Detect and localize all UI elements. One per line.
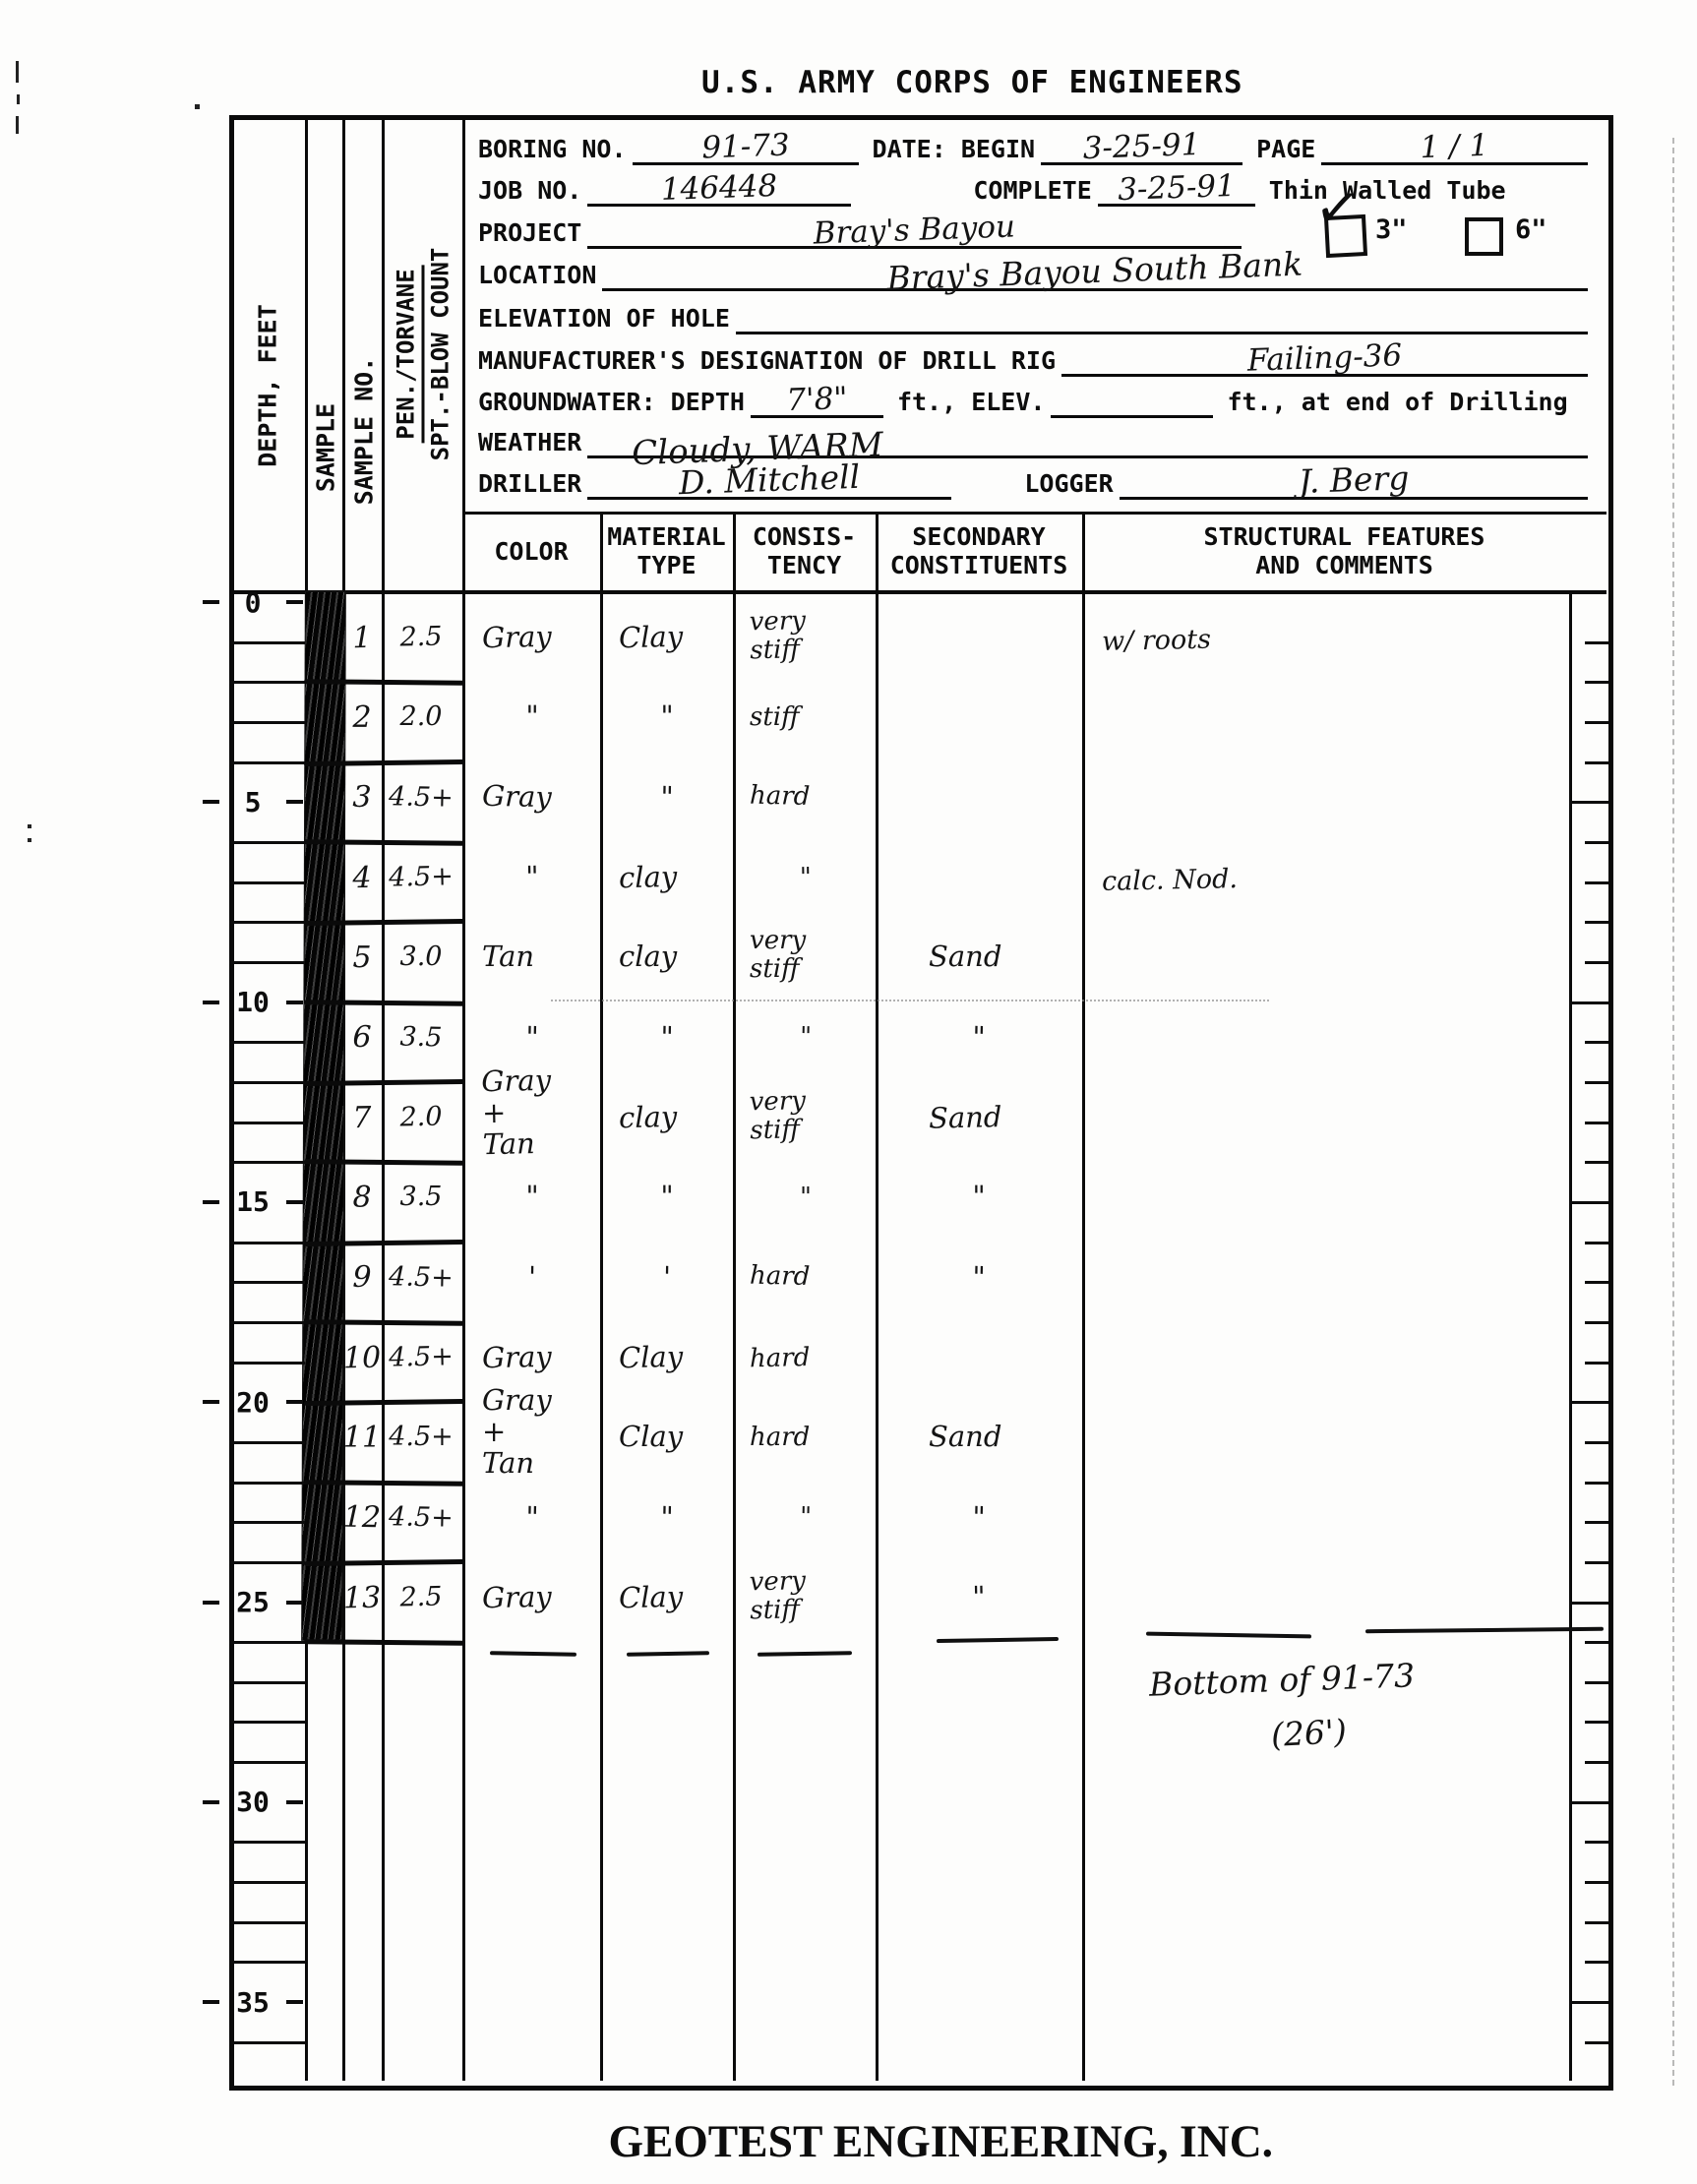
right-foot-tick [1585, 1281, 1608, 1284]
right-scale-line [1569, 1001, 1608, 1004]
sample-separator [304, 1480, 464, 1486]
log-cell-line: " [738, 1502, 875, 1533]
log-cell-line: " [738, 1183, 874, 1212]
project-label: PROJECT [478, 218, 587, 249]
right-foot-tick [1585, 1041, 1608, 1044]
depth-foot-line [229, 1321, 305, 1324]
log-cell-line: very [749, 605, 885, 636]
depth-foot-line [229, 2041, 305, 2044]
log-cell-line: + [482, 1417, 614, 1448]
log-cell-line: very [749, 1085, 885, 1116]
log-cell-color: " [466, 1500, 599, 1535]
log-cell-color: Gray [466, 780, 615, 815]
right-scale-line [1569, 1801, 1608, 1804]
log-cell-no: 4 [342, 861, 383, 894]
depth-tick-dash [203, 2000, 219, 2004]
log-cell-line: 3 [342, 781, 383, 815]
boring-no-row: BORING NO. 91-73 DATE: BEGIN 3-25-91 PAG… [478, 124, 1602, 165]
weather-row: WEATHER Cloudy, WARM [478, 417, 1602, 458]
log-cell-line: " [603, 780, 732, 815]
log-cell-line: 8 [342, 1182, 382, 1214]
log-cell-line: Gray [482, 1385, 614, 1417]
right-foot-tick [1585, 1561, 1608, 1564]
log-cell-line: 1 [342, 621, 383, 654]
log-cell-line: stiff [750, 1114, 886, 1144]
ft-elev-label: ft., ELEV. [897, 388, 1052, 418]
right-foot-tick [1585, 2041, 1608, 2044]
right-foot-tick [1585, 1122, 1608, 1124]
pen-torvane-label: PEN./TORVANE [393, 265, 425, 443]
right-scale-line [1569, 1401, 1608, 1404]
depth-foot-line [229, 841, 305, 844]
depth-foot-line [229, 1761, 305, 1764]
bottom-note-line2: (26') [1270, 1712, 1348, 1754]
depth-foot-line [229, 1561, 305, 1564]
log-cell-line: 4.5+ [380, 1502, 463, 1533]
log-cell-material: " [603, 1500, 732, 1535]
thin-walled-tube-label: Thin Walled Tube [1269, 176, 1512, 207]
job-no-label: JOB NO. [478, 176, 587, 207]
depth-tick-dash [286, 1200, 303, 1204]
log-cell-consistency: verystiff [738, 927, 885, 983]
log-cell-color: Gray+Tan [465, 1064, 615, 1162]
log-cell-line: Tan [482, 941, 614, 973]
right-foot-tick [1585, 1161, 1608, 1164]
log-cell-line: 4.5+ [380, 782, 463, 813]
log-cell-line: 7 [342, 1101, 383, 1134]
log-cell-consistency: " [738, 1502, 875, 1533]
log-cell-line: 9 [342, 1261, 383, 1295]
log-cell-consistency: hard [738, 1424, 885, 1452]
log-cell-consistency: " [738, 1022, 875, 1053]
page-label: PAGE [1256, 135, 1321, 165]
log-cell-line: 13 [342, 1581, 383, 1614]
depth-foot-line [229, 921, 305, 924]
grid-line [1082, 512, 1085, 2081]
grid-line [1569, 590, 1572, 2081]
column-header-color: COLOR [462, 514, 600, 588]
log-cell-pen: 3.0 [380, 942, 462, 972]
grid-line [382, 115, 385, 2081]
log-cell-no: 9 [342, 1261, 383, 1295]
log-cell-line: " [878, 1020, 1081, 1056]
log-cell-color: Gray+Tan [466, 1385, 614, 1480]
log-cell-color: " [466, 1182, 598, 1213]
job-no-row: JOB NO. 146448 COMPLETE 3-25-91 Thin Wal… [478, 165, 1602, 207]
log-cell-secondary: " [878, 1260, 1081, 1296]
depth-tick-number: 0 [245, 586, 262, 619]
scan-artifact [16, 61, 19, 83]
depth-tick-label: 5 [203, 783, 303, 820]
company-name: GEOTEST ENGINEERING, INC. [608, 2115, 1273, 2168]
scan-artifact [195, 104, 200, 109]
groundwater-depth-value: 7'8" [750, 380, 883, 420]
scan-artifact [16, 116, 19, 134]
depth-foot-line [229, 881, 305, 884]
log-cell-material: " [603, 701, 731, 733]
log-cell-line: 2 [342, 701, 382, 734]
log-cell-secondary: Sand [878, 1099, 1132, 1135]
depth-foot-line [229, 1242, 305, 1244]
pen-torvane-spt-label: PEN./TORVANE SPT.-BLOW COUNT [393, 248, 455, 461]
right-scale-line [1569, 1602, 1608, 1605]
log-cell-color: Gray [466, 621, 615, 655]
date-complete-field: 3-25-91 [1098, 164, 1255, 207]
log-cell-line: 2.5 [380, 622, 463, 652]
log-cell-line: Gray [482, 781, 615, 816]
scan-artifact [17, 94, 20, 104]
log-cell-line: 5 [342, 941, 382, 974]
log-cell-no: 11 [342, 1422, 382, 1454]
depth-foot-line [229, 681, 305, 684]
depth-tick-dash [203, 1200, 219, 1204]
depth-tick-label: 35 [203, 1983, 303, 2021]
log-cell-line: hard [750, 1342, 886, 1372]
depth-foot-line [229, 1681, 305, 1684]
depth-tick-dash [203, 1800, 219, 1804]
log-cell-line: very [749, 1565, 885, 1596]
right-foot-tick [1585, 761, 1608, 764]
depth-tick-dash [286, 1001, 303, 1004]
depth-tick-dash [203, 1601, 219, 1605]
log-cell-color: Tan [466, 941, 614, 973]
depth-foot-line [229, 721, 305, 724]
log-cell-line: stiff [750, 1594, 886, 1624]
log-cell-pen: 2.0 [380, 702, 462, 732]
log-cell-pen: 2.5 [380, 1582, 463, 1612]
depth-foot-line [229, 641, 305, 644]
project-field: Bray's Bayou [587, 207, 1242, 249]
grid-line [600, 512, 603, 2081]
depth-tick-dash [203, 800, 219, 804]
depth-foot-line [229, 1281, 305, 1284]
log-cell-line: " [738, 862, 875, 892]
log-cell-line: 12 [342, 1501, 383, 1535]
log-cell-material: " [603, 1182, 731, 1213]
depth-foot-line [229, 1362, 305, 1365]
right-foot-tick [1585, 881, 1608, 884]
log-cell-pen: 4.5+ [380, 862, 463, 892]
log-cell-line: 6 [342, 1021, 383, 1055]
log-cell-line: Sand [929, 941, 1131, 973]
page-value: 1 / 1 [1321, 124, 1589, 168]
right-foot-tick [1585, 841, 1608, 844]
project-row: PROJECT Bray's Bayou [478, 208, 1255, 249]
drill-rig-field: Failing-36 [1061, 334, 1588, 377]
boring-no-value: 91-73 [632, 125, 859, 168]
page-title: U.S. ARMY CORPS OF ENGINEERS [701, 65, 1243, 100]
depth-tick-label: 30 [203, 1784, 303, 1821]
log-cell-line: " [466, 861, 599, 895]
log-cell-line: Sand [929, 1099, 1132, 1134]
log-cell-material: clay [603, 941, 747, 973]
log-cell-color: " [466, 701, 598, 733]
scan-artifact [28, 838, 31, 842]
log-cell-material: clay [603, 1101, 748, 1135]
log-cell-material: " [603, 1020, 732, 1055]
log-cell-no: 1 [342, 621, 383, 654]
log-cell-pen: 4.5+ [380, 1342, 463, 1372]
log-cell-line: " [603, 701, 731, 733]
right-scale-line [1569, 1201, 1608, 1204]
depth-tick-dash [203, 1400, 219, 1404]
log-cell-consistency: hard [738, 1262, 886, 1294]
right-foot-tick [1585, 1841, 1608, 1844]
groundwater-label: GROUNDWATER: DEPTH [478, 388, 751, 418]
complete-label: COMPLETE [973, 176, 1097, 207]
log-cell-line: 4 [342, 861, 383, 894]
log-cell-line: Gray [482, 1340, 615, 1374]
log-cell-consistency: verystiff [737, 605, 885, 664]
log-cell-secondary: Sand [878, 1422, 1131, 1453]
depth-tick-label: 15 [203, 1183, 303, 1221]
log-cell-line: 4.5+ [380, 1423, 462, 1452]
drill-rig-label: MANUFACTURER'S DESIGNATION OF DRILL RIG [478, 346, 1061, 377]
log-cell-line: 4.5+ [380, 1262, 463, 1293]
right-foot-tick [1585, 961, 1608, 964]
log-cell-no: 6 [342, 1021, 383, 1055]
elevation-label: ELEVATION OF HOLE [478, 304, 736, 334]
log-cell-line: Gray [482, 1580, 615, 1614]
log-cell-material: Clay [603, 1341, 748, 1375]
log-cell-consistency: " [738, 1183, 874, 1212]
log-cell-line: hard [750, 1424, 885, 1452]
right-foot-tick [1585, 1321, 1608, 1324]
column-header-material-type: MATERIAL TYPE [600, 514, 733, 588]
tube-3in-checkmark: ✓ [1315, 173, 1360, 240]
log-cell-line: Tan [482, 1126, 615, 1161]
log-cell-consistency: verystiff [737, 1085, 885, 1144]
log-cell-line: stiff [750, 703, 885, 732]
depth-foot-line [229, 1721, 305, 1724]
depth-foot-line [229, 961, 305, 964]
page-field: 1 / 1 [1321, 123, 1588, 165]
depth-foot-line [229, 1641, 305, 1644]
right-foot-tick [1585, 641, 1608, 644]
depth-column-label: DEPTH, FEET [254, 304, 282, 467]
log-cell-pen: 4.5+ [380, 1423, 462, 1452]
log-cell-no: 2 [342, 701, 382, 734]
log-cell-secondary: " [878, 1182, 1080, 1213]
log-cell-material: Clay [603, 1422, 747, 1453]
date-begin-field: 3-25-91 [1041, 123, 1242, 165]
column-header-consistency: CONSIS- TENCY [733, 514, 876, 588]
log-cell-pen: 2.0 [380, 1102, 463, 1132]
spt-blow-count-label: SPT.-BLOW COUNT [425, 248, 455, 461]
elevation-row: ELEVATION OF HOLE [478, 293, 1602, 334]
depth-foot-line [229, 1841, 305, 1844]
pencil-layer-line [551, 1000, 1269, 1001]
depth-tick-number: 15 [236, 1185, 270, 1218]
log-cell-material: clay [603, 861, 748, 895]
sample-no-column-label: SAMPLE NO. [350, 357, 379, 506]
log-cell-line: " [878, 1260, 1081, 1296]
log-cell-line: hard [750, 1262, 886, 1293]
depth-tick-dash [286, 1601, 303, 1605]
boring-no-label: BORING NO. [478, 135, 633, 165]
log-cell-line: Sand [929, 1422, 1131, 1453]
boring-log-page: U.S. ARMY CORPS OF ENGINEERS DEPTH, FEET… [0, 0, 1697, 2184]
right-foot-tick [1585, 1681, 1608, 1684]
log-cell-line: " [878, 1182, 1080, 1213]
depth-tick-number: 20 [236, 1386, 270, 1419]
log-cell-line: very [750, 927, 885, 955]
log-cell-line: " [878, 1500, 1081, 1536]
depth-tick-dash [286, 1800, 303, 1804]
log-cell-secondary: Sand [878, 941, 1131, 973]
depth-tick-label: 25 [203, 1584, 303, 1621]
elevation-field [736, 292, 1588, 334]
log-cell-line: Clay [619, 1580, 748, 1614]
log-cell-line: 11 [342, 1422, 382, 1454]
right-foot-tick [1585, 1242, 1608, 1244]
log-cell-secondary: " [878, 1500, 1081, 1536]
log-cell-line: 3.5 [380, 1183, 462, 1212]
driller-row: DRILLER D. Mitchell LOGGER J. Berg [478, 458, 1602, 500]
right-foot-tick [1585, 1721, 1608, 1724]
log-cell-secondary: " [878, 1020, 1081, 1056]
weather-field: Cloudy, WARM [587, 416, 1588, 458]
depth-foot-line [229, 1081, 305, 1084]
right-foot-tick [1585, 721, 1608, 724]
right-foot-tick [1585, 681, 1608, 684]
log-cell-line: Gray [482, 621, 615, 655]
log-cell-line: ' [603, 1260, 732, 1295]
log-cell-pen: 3.5 [380, 1022, 463, 1053]
driller-field: D. Mitchell [587, 457, 951, 500]
date-begin-label: DATE: BEGIN [873, 135, 1042, 165]
log-cell-pen: 4.5+ [380, 782, 463, 813]
right-foot-tick [1585, 1362, 1608, 1365]
grid-line [876, 512, 879, 2081]
log-cell-line: " [466, 1182, 598, 1213]
log-cell-line: ' [466, 1260, 599, 1295]
logger-value: J. Berg [1119, 453, 1588, 508]
drill-rig-row: MANUFACTURER'S DESIGNATION OF DRILL RIG … [478, 335, 1602, 377]
driller-value: D. Mitchell [587, 455, 952, 506]
depth-tick-label: 0 [203, 583, 303, 621]
depth-foot-line [229, 1161, 305, 1164]
log-cell-line: " [603, 1182, 731, 1213]
depth-foot-line [229, 1961, 305, 1964]
right-scale-line [1569, 2001, 1608, 2004]
column-header-structural: STRUCTURAL FEATURES AND COMMENTS [1082, 514, 1606, 588]
location-field: Bray's Bayou South Bank [602, 249, 1588, 291]
log-cell-material: ' [603, 1260, 732, 1295]
log-cell-material: Clay [603, 621, 748, 655]
log-cell-line: stiff [750, 634, 886, 664]
sample-column-label: SAMPLE [312, 403, 340, 492]
weather-label: WEATHER [478, 428, 587, 458]
log-cell-consistency: hard [738, 1342, 886, 1373]
column-header-secondary: SECONDARY CONSTITUENTS [876, 514, 1082, 588]
depth-foot-line [229, 1041, 305, 1044]
log-cell-material: " [603, 780, 732, 815]
depth-tick-dash [286, 600, 303, 604]
groundwater-elev-field [1051, 376, 1213, 418]
log-cell-line: 4.5+ [380, 1342, 463, 1372]
location-row: LOCATION Bray's Bayou South Bank [478, 250, 1602, 291]
log-cell-color: ' [466, 1260, 599, 1295]
log-cell-color: " [466, 1020, 599, 1055]
log-cell-line: Clay [619, 1422, 747, 1453]
depth-tick-dash [286, 1400, 303, 1404]
location-label: LOCATION [478, 261, 602, 291]
page-edge-line [1672, 138, 1674, 2086]
log-cell-pen: 2.5 [380, 622, 463, 652]
right-scale-line [1569, 801, 1608, 804]
log-cell-consistency: hard [738, 782, 886, 814]
log-cell-line: Gray [481, 1064, 614, 1099]
log-cell-no: 7 [342, 1101, 383, 1134]
log-cell-line: " [466, 1500, 599, 1535]
log-cell-secondary: " [878, 1580, 1081, 1615]
log-cell-line: 4.5+ [380, 862, 463, 892]
log-cell-pen: 3.5 [380, 1183, 462, 1212]
depth-tick-dash [286, 800, 303, 804]
depth-foot-line [229, 761, 305, 764]
log-cell-no: 13 [342, 1581, 383, 1614]
log-cell-line: " [603, 1500, 732, 1535]
logger-label: LOGGER [1024, 469, 1119, 500]
right-foot-tick [1585, 1482, 1608, 1485]
depth-tick-label: 10 [203, 984, 303, 1021]
log-cell-consistency: stiff [738, 703, 885, 732]
depth-tick-label: 20 [203, 1383, 303, 1421]
depth-foot-line [229, 1921, 305, 1924]
log-cell-line: Clay [619, 1341, 748, 1375]
right-foot-tick [1585, 1081, 1608, 1084]
depth-tick-number: 25 [236, 1586, 270, 1618]
grid-line [229, 590, 1606, 594]
log-cell-line: 2.0 [380, 1102, 463, 1132]
log-cell-line: clay [619, 861, 748, 895]
log-cell-pen: 4.5+ [380, 1502, 463, 1533]
log-cell-line: stiff [750, 955, 885, 984]
sample-separator [304, 1000, 464, 1005]
log-cell-line: Tan [482, 1448, 614, 1480]
log-cell-line: " [466, 1020, 599, 1055]
job-no-field: 146448 [587, 164, 851, 207]
right-foot-tick [1585, 1441, 1608, 1444]
date-begin-value: 3-25-91 [1041, 125, 1243, 167]
right-foot-tick [1585, 1761, 1608, 1764]
depth-tick-number: 5 [245, 786, 262, 819]
groundwater-depth-field: 7'8" [751, 376, 883, 418]
grid-line [733, 512, 736, 2081]
grid-line [462, 115, 465, 2081]
log-cell-line: " [878, 1580, 1081, 1615]
depth-foot-line [229, 1482, 305, 1485]
log-cell-line: 3.5 [380, 1022, 463, 1053]
job-no-value: 146448 [587, 165, 852, 210]
log-cell-consistency: verystiff [737, 1565, 885, 1624]
depth-tick-number: 35 [236, 1986, 270, 2019]
depth-tick-number: 10 [236, 986, 270, 1018]
log-cell-line: clay [619, 1101, 748, 1135]
boring-no-field: 91-73 [633, 123, 859, 165]
driller-label: DRILLER [478, 469, 587, 500]
depth-tick-dash [203, 600, 219, 604]
log-cell-line: " [466, 701, 598, 733]
scan-artifact [28, 824, 31, 828]
log-cell-line: 3.0 [380, 942, 462, 972]
log-cell-line: Clay [619, 621, 748, 655]
log-cell-line: 10 [342, 1341, 383, 1374]
log-cell-no: 12 [342, 1501, 383, 1535]
logger-field: J. Berg [1120, 457, 1588, 500]
log-cell-material: Clay [603, 1580, 748, 1614]
